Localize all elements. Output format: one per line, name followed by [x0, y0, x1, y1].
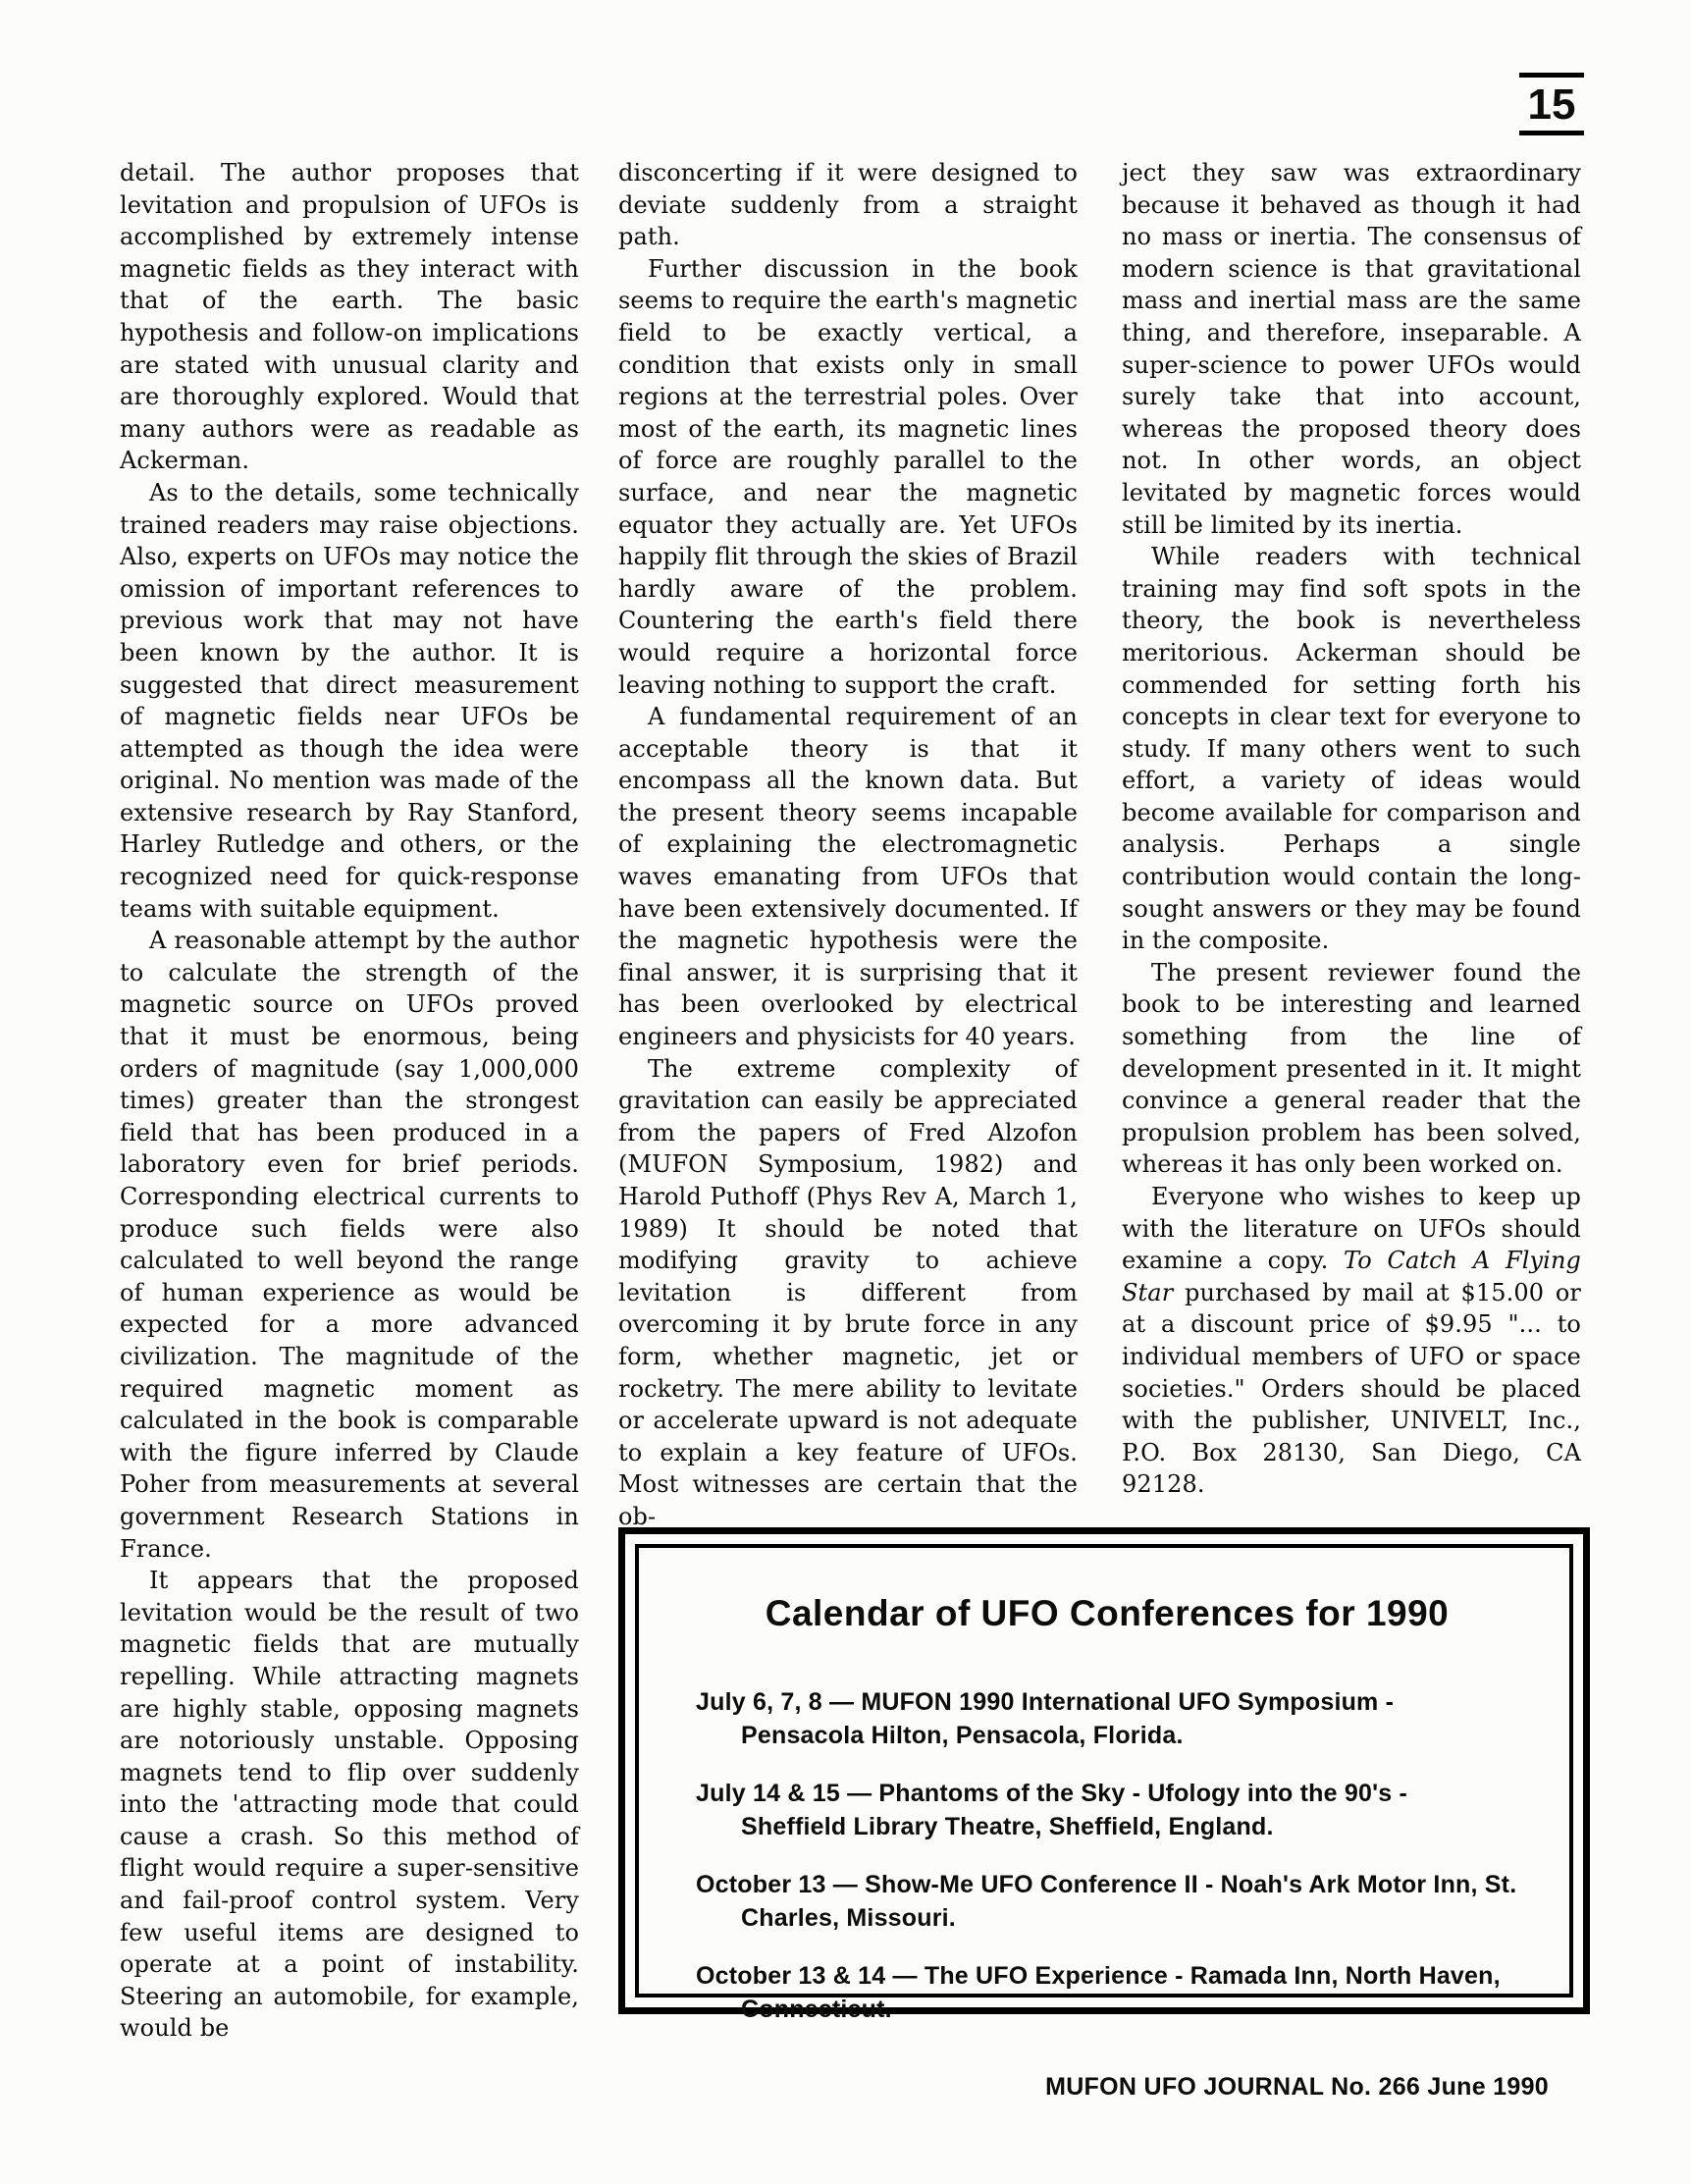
paragraph: It appears that the proposed levitation … [120, 1565, 579, 2045]
paragraph: The extreme complexity of gravitation ca… [618, 1053, 1078, 1533]
journal-footer: MUFON UFO JOURNAL No. 266 June 1990 [1045, 2073, 1549, 2102]
calendar-box-inner: Calendar of UFO Conferences for 1990 Jul… [635, 1544, 1573, 1998]
paragraph: detail. The author proposes that levitat… [120, 157, 579, 477]
paragraph: The present reviewer found the book to b… [1122, 957, 1581, 1181]
calendar-entry: October 13 — Show-Me UFO Conference II -… [696, 1868, 1518, 1935]
paragraph: Everyone who wishes to keep up with the … [1122, 1181, 1581, 1501]
page-number: 15 [1519, 73, 1584, 135]
article-column-left: detail. The author proposes that levitat… [120, 157, 579, 2045]
calendar-entry: October 13 & 14 — The UFO Experience - R… [696, 1959, 1518, 2026]
paragraph: A fundamental requirement of an acceptab… [618, 701, 1078, 1053]
article-column-middle: disconcerting if it were designed to dev… [618, 157, 1078, 1533]
paragraph: While readers with technical training ma… [1122, 541, 1581, 957]
paragraph: Further discussion in the book seems to … [618, 253, 1078, 701]
paragraph: As to the details, some technically trai… [120, 477, 579, 925]
magazine-page: 15 detail. The author proposes that levi… [0, 0, 1691, 2184]
calendar-box: Calendar of UFO Conferences for 1990 Jul… [618, 1527, 1590, 2014]
calendar-entries: July 6, 7, 8 — MUFON 1990 International … [696, 1685, 1518, 2026]
paragraph: A reasonable attempt by the author to ca… [120, 925, 579, 1565]
calendar-entry: July 14 & 15 — Phantoms of the Sky - Ufo… [696, 1777, 1518, 1843]
calendar-title: Calendar of UFO Conferences for 1990 [696, 1593, 1518, 1634]
paragraph: disconcerting if it were designed to dev… [618, 157, 1078, 253]
paragraph: ject they saw was extraordinary because … [1122, 157, 1581, 541]
article-column-right: ject they saw was extraordinary because … [1122, 157, 1581, 1501]
calendar-entry: July 6, 7, 8 — MUFON 1990 International … [696, 1685, 1518, 1752]
